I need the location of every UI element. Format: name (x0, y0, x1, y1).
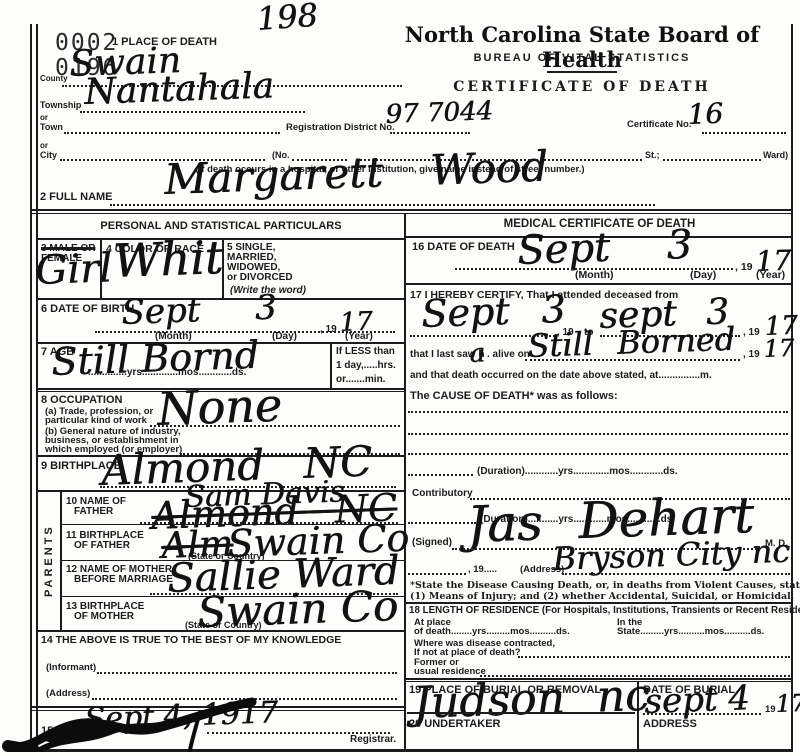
residence-contracted-line (518, 655, 790, 658)
race-value: Whit (112, 230, 224, 288)
cause-footnote-1: *State the Disease Causing Death, or, in… (410, 580, 800, 591)
certify-year-hw2: 17 (763, 334, 795, 363)
age-less-divider (330, 342, 332, 388)
masthead-divider (547, 71, 617, 73)
occupation-a2: particular kind of work (45, 415, 147, 426)
parents-bottom-rule (38, 630, 404, 632)
signed-address-line (562, 572, 790, 575)
burial-date-year-hw: 17 (775, 689, 800, 718)
burial-date-value: sept 4 (644, 678, 751, 722)
town-label: Town (40, 122, 63, 132)
registration-district-label: Registration District No. (286, 122, 395, 133)
border-right (791, 24, 793, 752)
town-line (64, 131, 280, 134)
cause-line-2 (408, 432, 788, 435)
last-saw-line (525, 358, 740, 361)
duration-line: (Duration)............yrs.............mo… (477, 466, 678, 477)
date-of-death-label: 16 DATE OF DEATH (412, 241, 515, 253)
age-units-line: ..............yrs.............mos.......… (88, 367, 246, 378)
certify-19c: , 19 (743, 349, 760, 360)
column-divider (404, 213, 406, 752)
street-label: St.; (645, 150, 660, 160)
mother-birthplace-label-2: OF MOTHER (74, 611, 134, 622)
masthead-certificate-title: CERTIFICATE OF DEATH (370, 79, 794, 95)
contributory-label: Contributory (412, 488, 473, 499)
duration-lead-line (408, 473, 473, 476)
dod-day-label: (Day) (690, 269, 716, 281)
masthead-bureau: BUREAU OF VITAL STATISTICS (370, 52, 794, 64)
father-name-label-2: FATHER (74, 506, 113, 517)
certificate-no-line (702, 131, 786, 134)
age-less-2: 1 day,.....hrs. (336, 360, 396, 371)
city-label: City (40, 150, 57, 160)
ward-line (663, 158, 761, 161)
township-label: Township (40, 100, 81, 110)
dob-year-printed: , 19 (320, 324, 337, 335)
certificate-no-label: Certificate No. (627, 119, 691, 130)
address-lead-line (408, 572, 466, 575)
undertaker-label: 20 UNDERTAKER (409, 718, 500, 730)
main-rule-top (30, 209, 793, 211)
burial-place-underline (407, 712, 635, 714)
county-label: County (40, 74, 68, 83)
certify-19b: , 19 (743, 327, 760, 338)
undertaker-address-label: ADDRESS (643, 718, 697, 730)
residence-state-line: State.........yrs..........mos..........… (617, 626, 764, 637)
death-certificate-scan: 0002 0196 198 North Carolina State Board… (0, 0, 800, 756)
masthead-title: North Carolina State Board of Health (370, 22, 794, 72)
dod-year-printed: , 19 (735, 261, 753, 273)
father-birthplace-label-2: OF FATHER (74, 540, 130, 551)
residence-at-place-2: of death........yrs.........mos.........… (414, 626, 570, 637)
burial-date-line (643, 712, 761, 715)
dod-year-label: (Year) (756, 269, 785, 281)
age-less-1: If LESS than (336, 346, 395, 357)
dob-day-label: (Day) (272, 331, 297, 342)
registrar-label: Registrar. (350, 734, 396, 745)
mother-name-label-2: BEFORE MARRIAGE (74, 574, 173, 585)
or-city-or: or (40, 141, 48, 150)
mother-birthplace-value: Swain Co (196, 581, 399, 637)
sex-value: Girl (34, 245, 112, 294)
border-left-outer (30, 24, 32, 752)
ward-label: Ward) (763, 150, 788, 160)
registration-district-value: 97 7044 (385, 96, 494, 130)
signed-19: , 19..... (468, 564, 497, 575)
informant-label: (Informant) (46, 662, 96, 673)
residence-label: 18 LENGTH OF RESIDENCE (For Hospitals, I… (409, 605, 800, 616)
or-town-or: or (40, 113, 48, 122)
full-name-line (110, 203, 655, 206)
marital-label-4: or DIVORCED (227, 272, 293, 283)
dod-row-rule (406, 283, 793, 285)
certificate-no-value: 16 (687, 97, 724, 131)
dob-year-label: (Year) (345, 331, 373, 342)
dob-value: Sept 3 (121, 288, 278, 333)
parents-label: PARENTS (38, 492, 60, 630)
burial-date-year-printed: 19 (765, 704, 776, 715)
ink-blot-scribble (0, 686, 290, 752)
occupation-label: 8 OCCUPATION (41, 394, 123, 406)
full-name-label: 2 FULL NAME (40, 191, 113, 203)
informant-line (97, 671, 397, 674)
cause-line-3 (408, 452, 788, 455)
duration2-lead-line (408, 521, 476, 524)
registration-district-line (390, 131, 470, 134)
residence-rule (406, 602, 793, 604)
cause-footnote-2: (1) Means of Injury; and (2) whether Acc… (410, 591, 794, 602)
last-saw-hw: a (469, 338, 486, 369)
full-name-value: Margarett Wood (163, 142, 548, 204)
cause-of-death-label: The CAUSE OF DEATH* was as follows: (410, 390, 618, 402)
informant-statement-label: 14 THE ABOVE IS TRUE TO THE BEST OF MY K… (41, 634, 341, 646)
age-less-3: or.......min. (336, 374, 385, 385)
death-occurred-line: and that death occurred on the date abov… (410, 370, 712, 381)
last-saw-post: . alive on (487, 349, 530, 360)
signed-label: (Signed) (412, 537, 452, 548)
dod-month-label: (Month) (575, 269, 613, 281)
handwritten-page-number: 198 (255, 0, 319, 38)
parents-cell-divider (60, 492, 62, 630)
township-value: Nantahala (84, 65, 275, 113)
main-rule-bottom (30, 213, 793, 214)
cause-line-1 (408, 410, 788, 413)
